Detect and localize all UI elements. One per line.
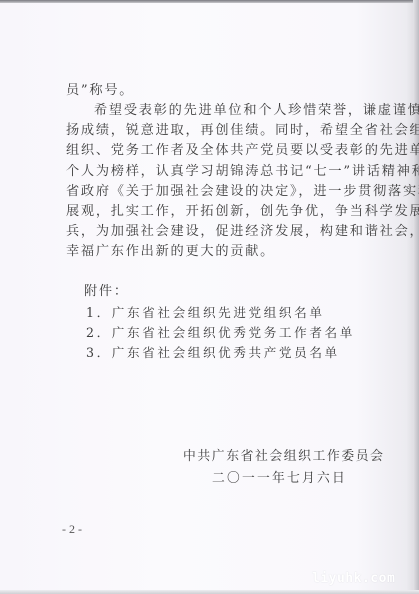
body-line-1: 员”称号。 [66,83,134,99]
signature-organization: 中共广东省社会组织工作委员会 [183,445,385,464]
page-number: - 2 - [62,522,82,537]
body-line-8: 兵，为加强社会建设，促进经济发展，构建和谐社会，建设 [66,224,419,240]
body-line-3: 扬成绩，锐意进取，再创佳绩。同时，希望全省社会组织党 [66,123,419,139]
attachment-item-1: 1．广东省社会组织先进党组织名单 [86,305,325,321]
body-line-9: 幸福广东作出新的更大的贡献。 [66,244,275,260]
scanned-page: 员”称号。 希望受表彰的先进单位和个人珍惜荣誉，谦虚谨慎，发 扬成绩，锐意进取，… [0,0,419,594]
body-line-6: 省政府《关于加强社会建设的决定》，进一步贯彻落实科学发 [66,184,419,200]
attachments-label: 附件： [84,284,129,300]
watermark: liyuhk.com [312,571,395,586]
body-line-7: 展观，扎实工作，开拓创新，创先争优，争当科学发展排头 [66,204,419,220]
body-line-4: 组织、党务工作者及全体共产党员要以受表彰的先进单位和 [66,143,419,159]
signature-date: 二〇一一年七月六日 [212,467,347,486]
attachment-item-2: 2．广东省社会组织优秀党务工作者名单 [86,325,355,341]
body-line-5: 个人为榜样，认真学习胡锦涛总书记“七一”讲话精神和省委 [66,164,419,180]
scan-bottom-edge [0,590,419,594]
scan-top-edge [0,0,419,3]
body-line-2: 希望受表彰的先进单位和个人珍惜荣誉，谦虚谨慎，发 [94,103,419,119]
scan-right-shadow [413,0,419,594]
attachment-item-3: 3．广东省社会组织优秀共产党员名单 [86,345,340,361]
